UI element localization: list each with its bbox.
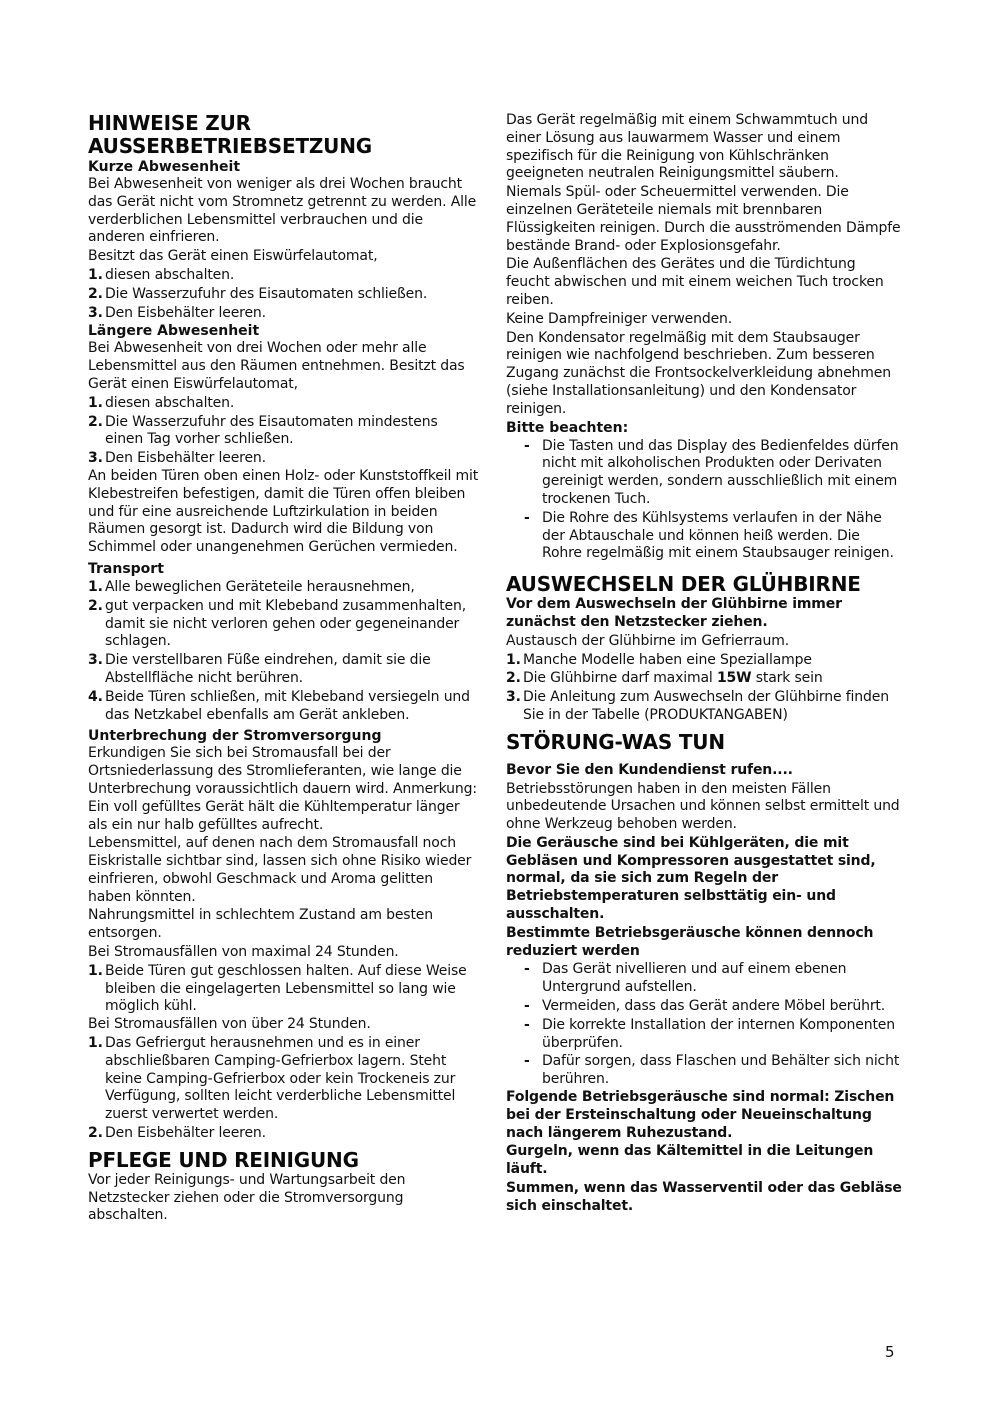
list-text: Die Rohre des Kühlsystems verlaufen in d… — [542, 510, 894, 562]
subheading-kurze-abwesenheit: Kurze Abwesenheit — [88, 158, 480, 176]
list-text: Das Gefriergut herausnehmen und es in ei… — [105, 1035, 455, 1122]
paragraph: Besitzt das Gerät einen Eiswürfelautomat… — [88, 248, 480, 266]
paragraph: Bei Abwesenheit von weniger als drei Woc… — [88, 176, 480, 247]
bullet-list-beachten: -Die Tasten und das Display des Bedienfe… — [506, 438, 902, 564]
list-text: Die Tasten und das Display des Bedienfel… — [542, 438, 898, 507]
subheading-laengere-abwesenheit: Längere Abwesenheit — [88, 322, 480, 340]
list-text: Beide Türen schließen, mit Klebeband ver… — [105, 689, 470, 723]
heading-ausserbetriebsetzung: HINWEISE ZUR AUSSERBETRIEBSETZUNG — [88, 112, 480, 158]
list-number: 1. — [88, 963, 103, 981]
dash-bullet-icon: - — [524, 998, 530, 1016]
list-item: -Die Rohre des Kühlsystems verlaufen in … — [506, 510, 902, 563]
list-item: 1.diesen abschalten. — [88, 395, 480, 413]
list-text: Die korrekte Installation der internen K… — [542, 1017, 895, 1051]
list-number: 2. — [88, 1125, 103, 1143]
list-text: Beide Türen gut geschlossen halten. Auf … — [105, 963, 467, 1015]
numbered-list-kurz: 1.diesen abschalten. 2.Die Wasserzufuhr … — [88, 267, 480, 322]
list-text: diesen abschalten. — [105, 395, 234, 411]
list-item: -Dafür sorgen, dass Flaschen und Behälte… — [506, 1053, 902, 1089]
dash-bullet-icon: - — [524, 1053, 530, 1071]
paragraph: Erkundigen Sie sich bei Stromausfall bei… — [88, 745, 480, 834]
paragraph: Die Außenflächen des Gerätes und die Tür… — [506, 256, 902, 309]
warning-text: Vor dem Auswechseln der Glühbirne immer … — [506, 596, 902, 632]
bold-paragraph: Die Geräusche sind bei Kühlgeräten, die … — [506, 835, 902, 924]
list-number: 3. — [88, 305, 103, 323]
list-item: 2.Die Wasserzufuhr des Eisautomaten schl… — [88, 286, 480, 304]
left-column: HINWEISE ZUR AUSSERBETRIEBSETZUNG Kurze … — [88, 112, 480, 1225]
list-text: Die Glühbirne darf maximal — [523, 670, 717, 686]
page-number: 5 — [885, 1343, 895, 1361]
bold-paragraph: Bestimmte Betriebsgeräusche können denno… — [506, 925, 902, 961]
list-item: 1.Manche Modelle haben eine Speziallampe — [506, 652, 902, 670]
paragraph: Bei Stromausfällen von maximal 24 Stunde… — [88, 944, 480, 962]
list-item: 2.gut verpacken und mit Klebeband zusamm… — [88, 598, 480, 651]
numbered-list-lang: 1.diesen abschalten. 2.Die Wasserzufuhr … — [88, 395, 480, 468]
list-item: -Die Tasten und das Display des Bedienfe… — [506, 438, 902, 509]
list-number: 1. — [506, 652, 521, 670]
list-item: 3.Den Eisbehälter leeren. — [88, 450, 480, 468]
paragraph: Lebensmittel, auf denen nach dem Stromau… — [88, 835, 480, 906]
numbered-list-strom-a: 1.Beide Türen gut geschlossen halten. Au… — [88, 963, 480, 1016]
list-item: 3.Die verstellbaren Füße eindrehen, dami… — [88, 652, 480, 688]
heading-auswechseln-gluehbirne: AUSWECHSELN DER GLÜHBIRNE — [506, 573, 902, 596]
list-number: 3. — [506, 689, 521, 707]
subheading-bitte-beachten: Bitte beachten: — [506, 419, 902, 437]
list-number: 2. — [88, 414, 103, 432]
list-text: Die Anleitung zum Auswechseln der Glühbi… — [523, 689, 889, 723]
paragraph: Nahrungsmittel in schlechtem Zustand am … — [88, 907, 480, 943]
list-text: Dafür sorgen, dass Flaschen und Behälter… — [542, 1053, 899, 1087]
list-number: 2. — [88, 598, 103, 616]
list-text: Die Wasserzufuhr des Eisautomaten schlie… — [105, 286, 427, 302]
list-text: Alle beweglichen Geräteteile herausnehme… — [105, 579, 415, 595]
list-text: Manche Modelle haben eine Speziallampe — [523, 652, 812, 668]
list-number: 1. — [88, 267, 103, 285]
paragraph: Bei Stromausfällen von über 24 Stunden. — [88, 1016, 480, 1034]
wattage-value: 15W — [717, 670, 751, 686]
bullet-list-geraeusche: -Das Gerät nivellieren und auf einem ebe… — [506, 961, 902, 1089]
list-text: Vermeiden, dass das Gerät andere Möbel b… — [542, 998, 885, 1014]
bold-paragraph: Folgende Betriebsgeräusche sind normal: … — [506, 1089, 902, 1142]
list-item: 3.Den Eisbehälter leeren. — [88, 305, 480, 323]
numbered-list-transport: 1.Alle beweglichen Geräteteile herausneh… — [88, 579, 480, 724]
list-number: 3. — [88, 450, 103, 468]
paragraph: Keine Dampfreiniger verwenden. — [506, 311, 902, 329]
dash-bullet-icon: - — [524, 510, 530, 528]
list-number: 4. — [88, 689, 103, 707]
subheading-kundendienst: Bevor Sie den Kundendienst rufen.... — [506, 762, 902, 780]
paragraph: Betriebsstörungen haben in den meisten F… — [506, 781, 902, 834]
list-item: 1.diesen abschalten. — [88, 267, 480, 285]
bold-paragraph: Summen, wenn das Wasserventil oder das G… — [506, 1180, 902, 1216]
dash-bullet-icon: - — [524, 961, 530, 979]
paragraph: Vor jeder Reinigungs- und Wartungsarbeit… — [88, 1172, 480, 1225]
list-item: -Die korrekte Installation der internen … — [506, 1017, 902, 1053]
list-item: 1.Das Gefriergut herausnehmen und es in … — [88, 1035, 480, 1124]
list-text: Den Eisbehälter leeren. — [105, 450, 266, 466]
paragraph: Den Kondensator regelmäßig mit dem Staub… — [506, 330, 902, 419]
list-text: Die verstellbaren Füße eindrehen, damit … — [105, 652, 431, 686]
list-number: 1. — [88, 579, 103, 597]
paragraph: Austausch der Glühbirne im Gefrierraum. — [506, 633, 902, 651]
list-text: Die Wasserzufuhr des Eisautomaten mindes… — [105, 414, 438, 448]
list-text: stark sein — [751, 670, 822, 686]
numbered-list-strom-b: 1.Das Gefriergut herausnehmen und es in … — [88, 1035, 480, 1143]
subheading-transport: Transport — [88, 560, 480, 578]
list-item: 1.Beide Türen gut geschlossen halten. Au… — [88, 963, 480, 1016]
list-item: 2.Die Wasserzufuhr des Eisautomaten mind… — [88, 414, 480, 450]
paragraph: Niemals Spül- oder Scheuermittel verwend… — [506, 184, 902, 255]
list-item: 2.Die Glühbirne darf maximal 15W stark s… — [506, 670, 902, 688]
paragraph: An beiden Türen oben einen Holz- oder Ku… — [88, 468, 480, 557]
right-column: Das Gerät regelmäßig mit einem Schwammtu… — [506, 112, 902, 1216]
list-text: diesen abschalten. — [105, 267, 234, 283]
heading-stoerung-was-tun: STÖRUNG-WAS TUN — [506, 731, 902, 754]
list-text: Das Gerät nivellieren und auf einem eben… — [542, 961, 846, 995]
list-item: 2.Den Eisbehälter leeren. — [88, 1125, 480, 1143]
list-number: 1. — [88, 1035, 103, 1053]
list-item: 1.Alle beweglichen Geräteteile herausneh… — [88, 579, 480, 597]
list-item: 4.Beide Türen schließen, mit Klebeband v… — [88, 689, 480, 725]
list-number: 1. — [88, 395, 103, 413]
subheading-stromversorgung: Unterbrechung der Stromversorgung — [88, 727, 480, 745]
bold-paragraph: Gurgeln, wenn das Kältemittel in die Lei… — [506, 1143, 902, 1179]
list-text: Den Eisbehälter leeren. — [105, 305, 266, 321]
list-number: 2. — [506, 670, 521, 688]
list-text: gut verpacken und mit Klebeband zusammen… — [105, 598, 466, 650]
dash-bullet-icon: - — [524, 1017, 530, 1035]
list-text: Den Eisbehälter leeren. — [105, 1125, 266, 1141]
paragraph: Das Gerät regelmäßig mit einem Schwammtu… — [506, 112, 902, 183]
list-item: 3.Die Anleitung zum Auswechseln der Glüh… — [506, 689, 902, 725]
paragraph: Bei Abwesenheit von drei Wochen oder meh… — [88, 340, 480, 393]
list-item: -Vermeiden, dass das Gerät andere Möbel … — [506, 998, 902, 1016]
dash-bullet-icon: - — [524, 438, 530, 456]
list-number: 3. — [88, 652, 103, 670]
list-item: -Das Gerät nivellieren und auf einem ebe… — [506, 961, 902, 997]
numbered-list-gluehbirne: 1.Manche Modelle haben eine Speziallampe… — [506, 652, 902, 725]
heading-pflege-und-reinigung: PFLEGE UND REINIGUNG — [88, 1149, 480, 1172]
list-number: 2. — [88, 286, 103, 304]
